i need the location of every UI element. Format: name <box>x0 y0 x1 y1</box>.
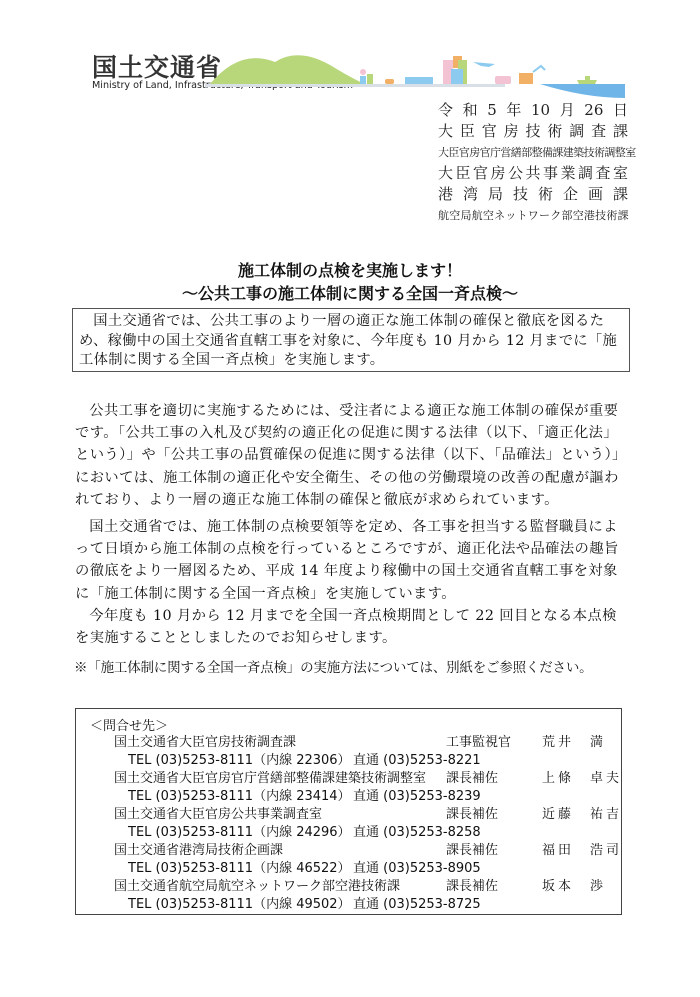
contact-name: 福田 浩司 <box>542 841 622 860</box>
contact-department: 国土交通省大臣官房官庁営繕部整備課建築技術調整室 <box>114 769 426 788</box>
contact-direct: 直通 (03)5253-8221 <box>353 751 481 770</box>
contact-name: 荒井 満 <box>542 733 606 752</box>
contact-tel: TEL (03)5253-8111（内線 22306） <box>128 751 351 770</box>
contact-role: 工事監視官 <box>446 733 511 752</box>
contact-name: 上條 卓夫 <box>542 769 622 788</box>
ministry-logo-title: 国土交通省 <box>92 48 222 84</box>
contact-dept-row: 国土交通省大臣官房技術調査課 工事監視官 荒井 満 <box>76 733 621 752</box>
contact-phone-row: TEL (03)5253-8111（内線 46522） 直通 (03)5253-… <box>76 859 621 878</box>
body-paragraph-1: 公共工事を適切に実施するためには、受注者による適正な施工体制の確保が重要です。「… <box>75 400 631 511</box>
contact-box: ＜問合せ先＞ 国土交通省大臣官房技術調査課 工事監視官 荒井 満 TEL (03… <box>75 708 622 915</box>
city-landscape-banner-icon <box>205 40 625 100</box>
summary-text: 国土交通省では、公共工事のより一層の適正な施工体制の確保と徹底を図るため、稼働中… <box>79 312 623 371</box>
contact-phone-row: TEL (03)5253-8111（内線 24296） 直通 (03)5253-… <box>76 823 621 842</box>
issuer-department: 大臣官房技術調査課 <box>438 121 628 142</box>
contact-dept-row: 国土交通省港湾局技術企画課 課長補佐 福田 浩司 <box>76 841 621 860</box>
contact-tel: TEL (03)5253-8111（内線 46522） <box>128 859 351 878</box>
contact-role: 課長補佐 <box>446 877 498 896</box>
contact-name: 近藤 祐吉 <box>542 805 622 824</box>
issuer-department: 航空局航空ネットワーク部空港技術課 <box>438 205 628 226</box>
contact-dept-row: 国土交通省航空局航空ネットワーク部空港技術課課長補佐坂本 渉 <box>76 877 621 896</box>
page-subtitle: ～公共工事の施工体制に関する全国一斉点検～ <box>0 281 700 304</box>
contact-tel: TEL (03)5253-8111（内線 49502） <box>128 895 351 914</box>
reference-note: ※「施工体制に関する全国一斉点検」の実施方法については、別紙をご参照ください。 <box>74 656 592 676</box>
contact-name: 坂本 渉 <box>542 877 606 896</box>
contact-role: 課長補佐 <box>446 841 498 860</box>
contact-phone-row: TEL (03)5253-8111（内線 49502）直通 (03)5253-8… <box>76 895 621 914</box>
contact-header: ＜問合せ先＞ <box>90 715 168 734</box>
contact-department: 国土交通省航空局航空ネットワーク部空港技術課 <box>114 877 400 896</box>
contact-phone-row: TEL (03)5253-8111（内線 23414） 直通 (03)5253-… <box>76 787 621 806</box>
issuer-department: 大臣官房公共事業調査室 <box>438 163 628 184</box>
contact-dept-row: 国土交通省大臣官房官庁営繕部整備課建築技術調整室 課長補佐 上條 卓夫 <box>76 769 621 788</box>
page-title: 施工体制の点検を実施します！ <box>0 258 700 281</box>
issuer-department: 港湾局技術企画課 <box>438 184 628 205</box>
contact-department: 国土交通省大臣官房公共事業調査室 <box>114 805 322 824</box>
contact-department: 国土交通省大臣官房技術調査課 <box>114 733 296 752</box>
contact-direct: 直通 (03)5253-8239 <box>353 787 481 806</box>
paragraph-text: 公共工事を適切に実施するためには、受注者による適正な施工体制の確保が重要です。「… <box>75 400 631 511</box>
contact-phone-row: TEL (03)5253-8111（内線 22306） 直通 (03)5253-… <box>76 751 621 770</box>
contact-tel: TEL (03)5253-8111（内線 23414） <box>128 787 351 806</box>
contact-direct: 直通 (03)5253-8905 <box>353 859 481 878</box>
paragraph-text: 今年度も 10 月から 12 月までを全国一斉点検期間として 22 回目となる本… <box>75 605 631 649</box>
contact-role: 課長補佐 <box>446 769 498 788</box>
summary-box: 国土交通省では、公共工事のより一層の適正な施工体制の確保と徹底を図るため、稼働中… <box>72 308 630 372</box>
contact-direct: 直通 (03)5253-8725 <box>353 895 481 914</box>
issue-date: 令和5年10月26日 <box>438 100 628 121</box>
contact-tel: TEL (03)5253-8111（内線 24296） <box>128 823 351 842</box>
contact-direct: 直通 (03)5253-8258 <box>353 823 481 842</box>
contact-dept-row: 国土交通省大臣官房公共事業調査室 課長補佐 近藤 祐吉 <box>76 805 621 824</box>
contact-department: 国土交通省港湾局技術企画課 <box>114 841 283 860</box>
issuer-block: 令和5年10月26日 大臣官房技術調査課 大臣官房官庁営繕部整備課建築技術調整室… <box>438 100 628 226</box>
contact-role: 課長補佐 <box>446 805 498 824</box>
issuer-department: 大臣官房官庁営繕部整備課建築技術調整室 <box>438 142 628 163</box>
body-paragraph-2: 国土交通省では、施工体制の点検要領等を定め、各工事を担当する監督職員によって日頃… <box>75 516 631 649</box>
paragraph-text: 国土交通省では、施工体制の点検要領等を定め、各工事を担当する監督職員によって日頃… <box>75 516 631 605</box>
